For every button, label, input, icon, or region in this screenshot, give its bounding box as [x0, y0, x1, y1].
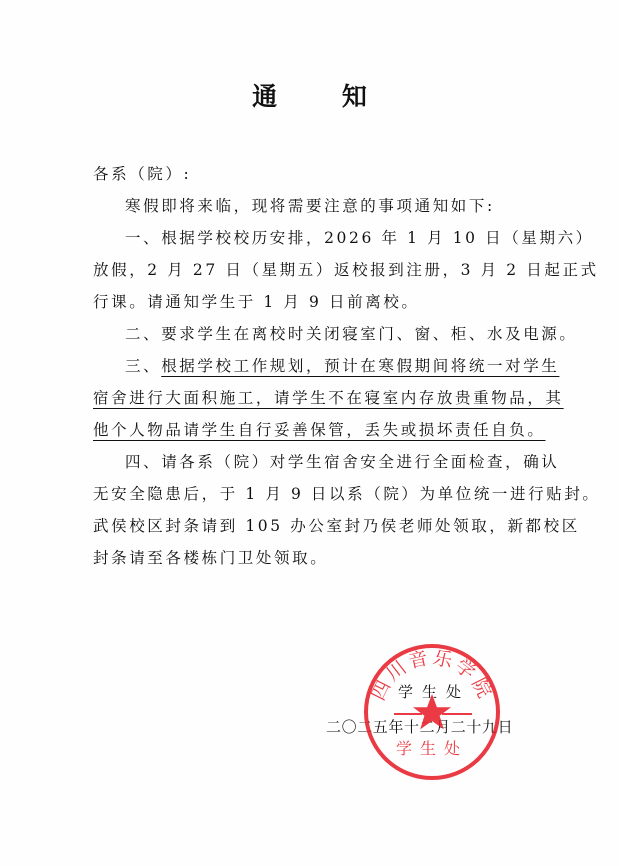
item-three-line: 宿舍进行大面积施工，请学生不在寝室内存放贵重物品，其: [93, 382, 529, 414]
item-one-line: 行课。请通知学生于 1 月 9 日前离校。: [93, 286, 529, 318]
page-title: 通 知: [0, 80, 619, 114]
official-seal: 四川音乐学院 学生处: [362, 642, 502, 782]
item-three-line: 三、根据学校工作规划，预计在寒假期间将统一对学生: [93, 350, 529, 382]
item-four: 四、请各系（院）对学生宿舍安全进行全面检查，确认 无安全隐患后，于 1 月 9 …: [93, 446, 529, 574]
item-four-line: 四、请各系（院）对学生宿舍安全进行全面检查，确认: [93, 446, 529, 478]
item-one: 一、根据学校校历安排，2026 年 1 月 10 日（星期六） 放假，2 月 2…: [93, 222, 529, 318]
item-three-line: 他个人物品请学生自行妥善保管，丢失或损坏责任自负。: [93, 414, 529, 446]
item-three-prefix: 三、: [125, 357, 161, 375]
item-four-line: 封条请至各楼栋门卫处领取。: [93, 542, 529, 574]
item-one-line: 一、根据学校校历安排，2026 年 1 月 10 日（星期六）: [93, 222, 529, 254]
item-four-line: 无安全隐患后，于 1 月 9 日以系（院）为单位统一进行贴封。: [93, 478, 529, 510]
underlined-text: 根据学校工作规划，预计在寒假期间将统一对学生: [161, 357, 559, 375]
item-one-line: 放假，2 月 27 日（星期五）返校报到注册，3 月 2 日起正式: [93, 254, 529, 286]
signature-office: 学生处: [398, 681, 470, 702]
underlined-text: 宿舍进行大面积施工，请学生不在寝室内存放贵重物品，其: [93, 389, 564, 407]
item-three: 三、根据学校工作规划，预计在寒假期间将统一对学生 宿舍进行大面积施工，请学生不在…: [93, 350, 529, 446]
salutation: 各系（院）:: [93, 158, 529, 190]
signature-date: 二〇二五年十二月二十九日: [326, 716, 513, 737]
intro-paragraph: 寒假即将来临，现将需要注意的事项通知如下:: [93, 190, 529, 222]
underlined-text: 他个人物品请学生自行妥善保管，丢失或损坏责任自负。: [93, 421, 546, 439]
item-two-line: 二、要求学生在离校时关闭寝室门、窗、柜、水及电源。: [93, 318, 529, 350]
item-two: 二、要求学生在离校时关闭寝室门、窗、柜、水及电源。: [93, 318, 529, 350]
item-four-line: 武侯校区封条请到 105 办公室封乃侯老师处领取，新都校区: [93, 510, 529, 542]
notice-body: 各系（院）: 寒假即将来临，现将需要注意的事项通知如下: 一、根据学校校历安排，…: [93, 158, 529, 574]
star-icon: [413, 694, 451, 729]
seal-center-text: 学生处: [396, 739, 468, 758]
seal-arc-textpath: 四川音乐学院: [367, 647, 497, 704]
seal-arc-text: 四川音乐学院: [367, 647, 497, 704]
